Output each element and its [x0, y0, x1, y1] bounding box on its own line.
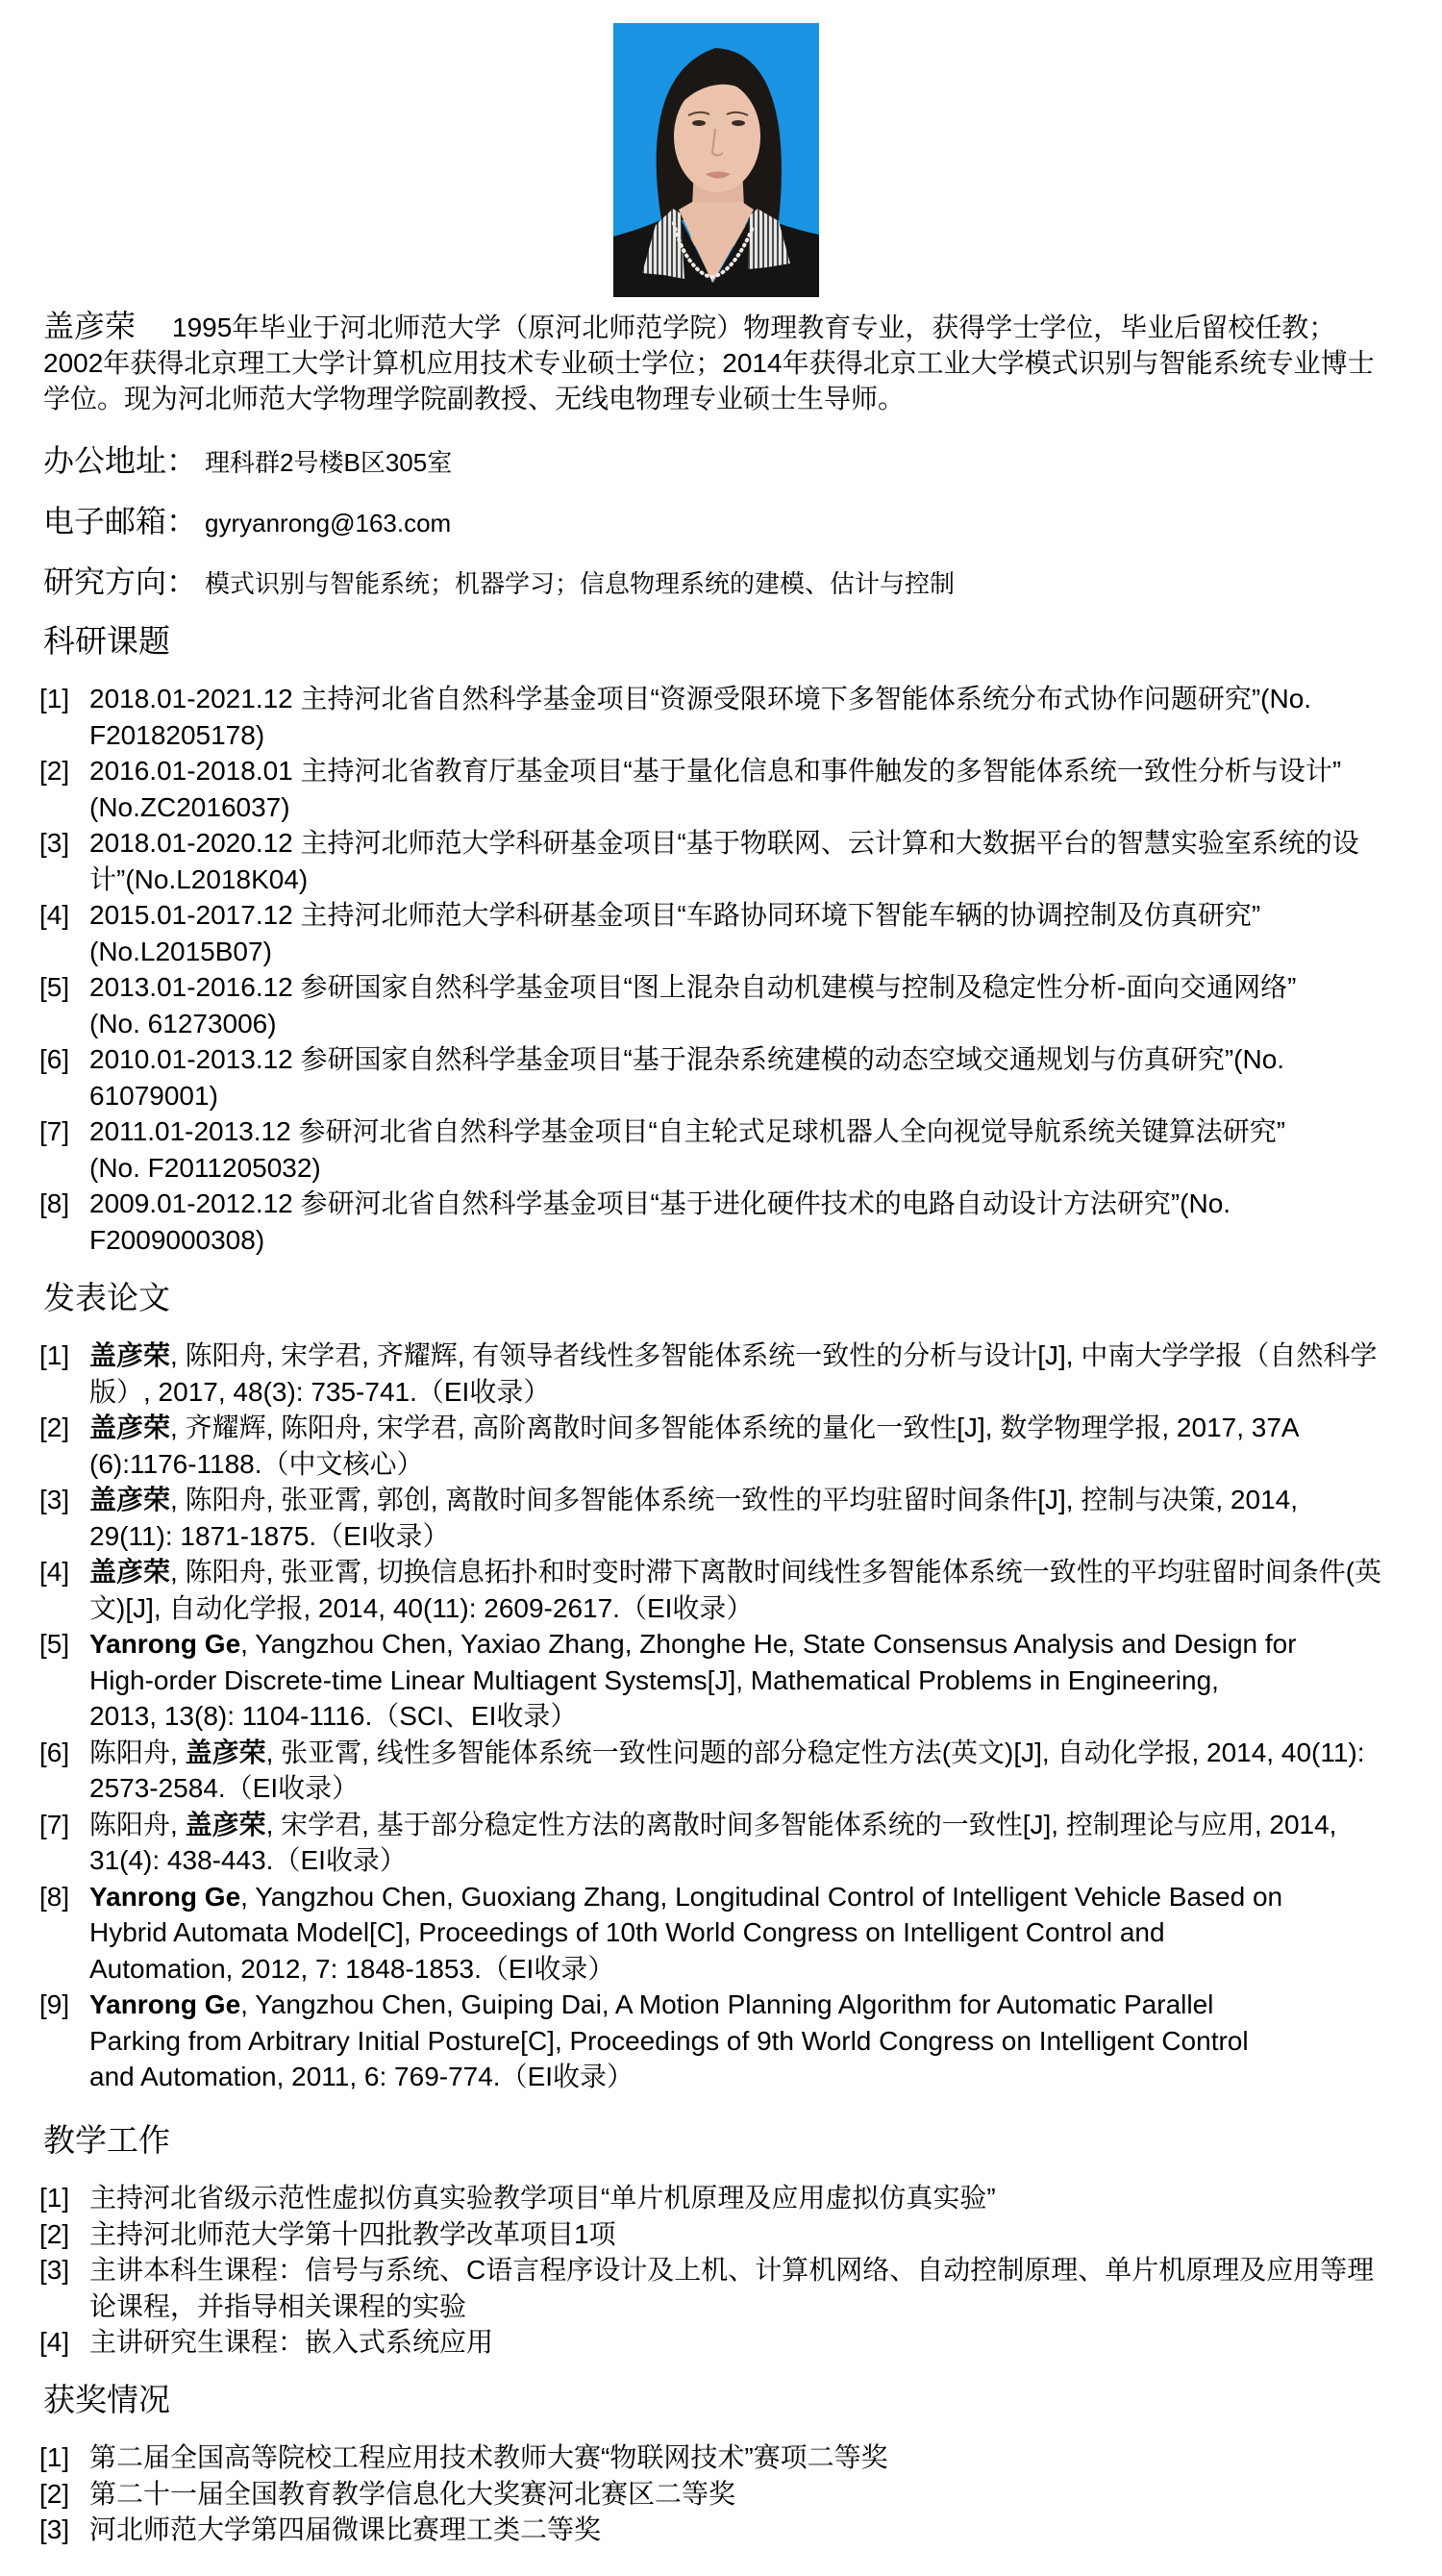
highlighted-author: 盖彦荣 [186, 1810, 266, 1839]
highlighted-author: Yanrong Ge [89, 1882, 240, 1912]
item-text-line: F2009000308) [89, 1222, 1442, 1259]
research-interests-row: 研究方向：模式识别与智能系统；机器学习；信息物理系统的建模、估计与控制 [43, 552, 1428, 613]
award-item: [3] 河北师范大学第四届微课比赛理工类二等奖 [0, 2512, 1442, 2548]
item-text-line: (No. F2011205032) [89, 1150, 1442, 1187]
research-project-item: [6] 2010.01-2013.12 参研国家自然科学基金项目“基于混杂系统建… [0, 1041, 1442, 1113]
citation-first-line: 陈阳舟, 盖彦荣, 张亚霄, 线性多智能体系统一致性问题的部分稳定性方法(英文)… [89, 1735, 1442, 1771]
citation-line: 文)[J], 自动化学报, 2014, 40(11): 2609-2617.（E… [89, 1590, 1442, 1627]
preceding-authors: 陈阳舟, [89, 1738, 186, 1767]
publication-item: [8] Yanrong Ge, Yangzhou Chen, Guoxiang … [0, 1879, 1442, 1988]
publication-item: [2] 盖彦荣, 齐耀辉, 陈阳舟, 宋学君, 高阶离散时间多智能体系统的量化一… [0, 1410, 1442, 1482]
award-item: [1] 第二届全国高等院校工程应用技术教师大赛“物联网技术”赛项二等奖 [0, 2439, 1442, 2476]
item-text-line: 计”(No.L2018K04) [89, 862, 1442, 898]
item-text-line: F2018205178) [89, 717, 1442, 754]
intro-line: 2002年获得北京理工大学计算机应用技术专业硕士学位；2014年获得北京工业大学… [43, 345, 1428, 382]
item-number: [1] [39, 1338, 69, 1374]
citation-text: , 齐耀辉, 陈阳舟, 宋学君, 高阶离散时间多智能体系统的量化一致性[J], … [170, 1413, 1300, 1442]
section-heading: 教学工作 [0, 2119, 1442, 2162]
citation-line: Hybrid Automata Model[C], Proceedings of… [89, 1914, 1442, 1951]
profile-page: 盖彦荣1995年毕业于河北师范大学（原河北师范学院）物理教育专业，获得学士学位，… [0, 0, 1442, 2576]
item-text-line: 2013.01-2016.12 参研国家自然科学基金项目“图上混杂自动机建模与控… [89, 969, 1442, 1006]
publication-item: [1] 盖彦荣, 陈阳舟, 宋学君, 齐耀辉, 有领导者线性多智能体系统一致性的… [0, 1338, 1442, 1410]
citation-line: Parking from Arbitrary Initial Posture[C… [89, 2023, 1442, 2060]
intro-section: 盖彦荣1995年毕业于河北师范大学（原河北师范学院）物理教育专业，获得学士学位，… [43, 309, 1428, 417]
awards-list: [1] 第二届全国高等院校工程应用技术教师大赛“物联网技术”赛项二等奖 [2] … [0, 2439, 1442, 2548]
research-project-item: [8] 2009.01-2012.12 参研河北省自然科学基金项目“基于进化硬件… [0, 1186, 1442, 1258]
citation-first-line: 盖彦荣, 陈阳舟, 宋学君, 齐耀辉, 有领导者线性多智能体系统一致性的分析与设… [89, 1338, 1442, 1374]
section-heading: 科研课题 [0, 620, 1442, 663]
research-project-item: [4] 2015.01-2017.12 主持河北师范大学科研基金项目“车路协同环… [0, 897, 1442, 969]
citation-line: 31(4): 438-443.（EI收录） [89, 1842, 1442, 1879]
research-project-item: [2] 2016.01-2018.01 主持河北省教育厅基金项目“基于量化信息和… [0, 753, 1442, 825]
citation-first-line: 盖彦荣, 陈阳舟, 张亚霄, 切换信息拓扑和时变时滞下离散时间线性多智能体系统一… [89, 1554, 1442, 1590]
item-text-line: 第二届全国高等院校工程应用技术教师大赛“物联网技术”赛项二等奖 [89, 2439, 1442, 2476]
research-interests-value: 模式识别与智能系统；机器学习；信息物理系统的建模、估计与控制 [205, 569, 955, 598]
citation-text: , Yangzhou Chen, Guiping Dai, A Motion P… [240, 1989, 1213, 2019]
highlighted-author: 盖彦荣 [89, 1485, 170, 1514]
item-number: [3] [39, 2512, 69, 2548]
item-text-line: 论课程，并指导相关课程的实验 [89, 2288, 1442, 2325]
publication-item: [3] 盖彦荣, 陈阳舟, 张亚霄, 郭创, 离散时间多智能体系统一致性的平均驻… [0, 1482, 1442, 1554]
citation-text: , 陈阳舟, 宋学君, 齐耀辉, 有领导者线性多智能体系统一致性的分析与设计[J… [170, 1340, 1377, 1370]
teaching-item: [3] 主讲本科生课程：信号与系统、C语言程序设计及上机、计算机网络、自动控制原… [0, 2252, 1442, 2324]
publication-item: [9] Yanrong Ge, Yangzhou Chen, Guiping D… [0, 1987, 1442, 2095]
teaching-item: [4] 主讲研究生课程：嵌入式系统应用 [0, 2324, 1442, 2361]
item-number: [2] [39, 2476, 69, 2513]
citation-text: , 张亚霄, 线性多智能体系统一致性问题的部分稳定性方法(英文)[J], 自动化… [266, 1738, 1365, 1767]
citation-text: , 陈阳舟, 张亚霄, 郭创, 离散时间多智能体系统一致性的平均驻留时间条件[J… [170, 1485, 1298, 1514]
teaching-item: [2] 主持河北师范大学第十四批教学改革项目1项 [0, 2216, 1442, 2253]
item-number: [5] [39, 969, 69, 1006]
citation-line: 版）, 2017, 48(3): 735-741.（EI收录） [89, 1374, 1442, 1411]
item-text-line: 河北师范大学第四届微课比赛理工类二等奖 [89, 2512, 1442, 2548]
citation-text: , 宋学君, 基于部分稳定性方法的离散时间多智能体系统的一致性[J], 控制理论… [266, 1810, 1337, 1839]
item-text-line: 61079001) [89, 1078, 1442, 1114]
highlighted-author: 盖彦荣 [186, 1738, 266, 1767]
highlighted-author: Yanrong Ge [89, 1629, 240, 1659]
citation-line: 29(11): 1871-1875.（EI收录） [89, 1518, 1442, 1555]
intro-text: 1995年毕业于河北师范大学（原河北师范学院）物理教育专业，获得学士学位，毕业后… [172, 313, 1335, 342]
publication-item: [7] 陈阳舟, 盖彦荣, 宋学君, 基于部分稳定性方法的离散时间多智能体系统的… [0, 1807, 1442, 1879]
person-name: 盖彦荣 [43, 309, 136, 343]
research-project-item: [1] 2018.01-2021.12 主持河北省自然科学基金项目“资源受限环境… [0, 681, 1442, 753]
research-project-list: [1] 2018.01-2021.12 主持河北省自然科学基金项目“资源受限环境… [0, 681, 1442, 1258]
research-project-item: [7] 2011.01-2013.12 参研河北省自然科学基金项目“自主轮式足球… [0, 1113, 1442, 1186]
highlighted-author: 盖彦荣 [89, 1557, 170, 1587]
teaching-item: [1] 主持河北省级示范性虚拟仿真实验教学项目“单片机原理及应用虚拟仿真实验” [0, 2180, 1442, 2216]
item-number: [8] [39, 1186, 69, 1222]
teaching-list: [1] 主持河北省级示范性虚拟仿真实验教学项目“单片机原理及应用虚拟仿真实验” … [0, 2180, 1442, 2361]
item-number: [4] [39, 1554, 69, 1590]
portrait-photo [613, 23, 819, 297]
item-number: [1] [39, 681, 69, 717]
highlighted-author: 盖彦荣 [89, 1340, 170, 1370]
item-number: [1] [39, 2439, 69, 2476]
item-text-line: 主持河北省级示范性虚拟仿真实验教学项目“单片机原理及应用虚拟仿真实验” [89, 2180, 1442, 2216]
preceding-authors: 陈阳舟, [89, 1810, 186, 1839]
citation-line: High-order Discrete-time Linear Multiage… [89, 1663, 1442, 1699]
item-number: [6] [39, 1041, 69, 1078]
citation-first-line: Yanrong Ge, Yangzhou Chen, Yaxiao Zhang,… [89, 1626, 1442, 1663]
publication-item: [6] 陈阳舟, 盖彦荣, 张亚霄, 线性多智能体系统一致性问题的部分稳定性方法… [0, 1735, 1442, 1807]
research-interests-label: 研究方向： [43, 564, 197, 599]
citation-line: 2013, 13(8): 1104-1116.（SCI、EI收录） [89, 1698, 1442, 1735]
portrait-image [613, 23, 819, 297]
item-text-line: 2011.01-2013.12 参研河北省自然科学基金项目“自主轮式足球机器人全… [89, 1113, 1442, 1150]
item-number: [2] [39, 753, 69, 789]
item-text-line: 2015.01-2017.12 主持河北师范大学科研基金项目“车路协同环境下智能… [89, 897, 1442, 934]
citation-line: 2573-2584.（EI收录） [89, 1770, 1442, 1807]
item-text-line: (No.ZC2016037) [89, 789, 1442, 826]
item-text-line: 主讲本科生课程：信号与系统、C语言程序设计及上机、计算机网络、自动控制原理、单片… [89, 2252, 1442, 2288]
publications-section: 发表论文 [1] 盖彦荣, 陈阳舟, 宋学君, 齐耀辉, 有领导者线性多智能体系… [0, 1277, 1442, 2095]
item-number: [8] [39, 1879, 69, 1915]
citation-first-line: 盖彦荣, 齐耀辉, 陈阳舟, 宋学君, 高阶离散时间多智能体系统的量化一致性[J… [89, 1410, 1442, 1446]
publication-list: [1] 盖彦荣, 陈阳舟, 宋学君, 齐耀辉, 有领导者线性多智能体系统一致性的… [0, 1338, 1442, 2095]
item-number: [1] [39, 2180, 69, 2216]
email-row: 电子邮箱：gyryanrong@163.com [43, 491, 1428, 552]
item-number: [7] [39, 1807, 69, 1843]
item-number: [3] [39, 825, 69, 862]
item-text-line: (No. 61273006) [89, 1006, 1442, 1042]
item-text-line: 2009.01-2012.12 参研河北省自然科学基金项目“基于进化硬件技术的电… [89, 1186, 1442, 1222]
section-heading: 获奖情况 [0, 2379, 1442, 2421]
item-number: [6] [39, 1735, 69, 1771]
citation-first-line: Yanrong Ge, Yangzhou Chen, Guoxiang Zhan… [89, 1879, 1442, 1915]
item-number: [5] [39, 1626, 69, 1663]
research-project-item: [5] 2013.01-2016.12 参研国家自然科学基金项目“图上混杂自动机… [0, 969, 1442, 1041]
citation-first-line: 陈阳舟, 盖彦荣, 宋学君, 基于部分稳定性方法的离散时间多智能体系统的一致性[… [89, 1807, 1442, 1843]
publication-item: [5] Yanrong Ge, Yangzhou Chen, Yaxiao Zh… [0, 1626, 1442, 1735]
section-heading: 发表论文 [0, 1277, 1442, 1319]
item-text-line: 2010.01-2013.12 参研国家自然科学基金项目“基于混杂系统建模的动态… [89, 1041, 1442, 1078]
item-text-line: 主持河北师范大学第十四批教学改革项目1项 [89, 2216, 1442, 2253]
award-item: [2] 第二十一届全国教育教学信息化大奖赛河北赛区二等奖 [0, 2476, 1442, 2513]
highlighted-author: 盖彦荣 [89, 1413, 170, 1442]
teaching-section: 教学工作 [1] 主持河北省级示范性虚拟仿真实验教学项目“单片机原理及应用虚拟仿… [0, 2119, 1442, 2361]
office-address-label: 办公地址： [43, 443, 197, 478]
citation-first-line: Yanrong Ge, Yangzhou Chen, Guiping Dai, … [89, 1987, 1442, 2023]
contact-section: 办公地址：理科群2号楼B区305室 电子邮箱：gyryanrong@163.co… [43, 431, 1428, 613]
citation-line: Automation, 2012, 7: 1848-1853.（EI收录） [89, 1951, 1442, 1988]
research-projects-section: 科研课题 [1] 2018.01-2021.12 主持河北省自然科学基金项目“资… [0, 620, 1442, 1258]
item-number: [3] [39, 1482, 69, 1518]
citation-text: , Yangzhou Chen, Guoxiang Zhang, Longitu… [240, 1882, 1282, 1912]
citation-first-line: 盖彦荣, 陈阳舟, 张亚霄, 郭创, 离散时间多智能体系统一致性的平均驻留时间条… [89, 1482, 1442, 1518]
office-address-row: 办公地址：理科群2号楼B区305室 [43, 431, 1428, 491]
highlighted-author: Yanrong Ge [89, 1989, 240, 2019]
item-text-line: 第二十一届全国教育教学信息化大奖赛河北赛区二等奖 [89, 2476, 1442, 2513]
intro-line: 学位。现为河北师范大学物理学院副教授、无线电物理专业硕士生导师。 [43, 381, 1428, 417]
citation-line: and Automation, 2011, 6: 769-774.（EI收录） [89, 2059, 1442, 2095]
item-text-line: 2018.01-2020.12 主持河北师范大学科研基金项目“基于物联网、云计算… [89, 825, 1442, 862]
item-number: [4] [39, 897, 69, 934]
email-label: 电子邮箱： [43, 504, 197, 538]
item-text-line: 主讲研究生课程：嵌入式系统应用 [89, 2324, 1442, 2361]
item-number: [3] [39, 2252, 69, 2288]
item-number: [4] [39, 2324, 69, 2361]
item-number: [2] [39, 1410, 69, 1446]
item-number: [9] [39, 1987, 69, 2023]
research-project-item: [3] 2018.01-2020.12 主持河北师范大学科研基金项目“基于物联网… [0, 825, 1442, 897]
intro-line: 盖彦荣1995年毕业于河北师范大学（原河北师范学院）物理教育专业，获得学士学位，… [43, 309, 1428, 345]
citation-text: , 陈阳舟, 张亚霄, 切换信息拓扑和时变时滞下离散时间线性多智能体系统一致性的… [170, 1557, 1381, 1587]
citation-text: , Yangzhou Chen, Yaxiao Zhang, Zhonghe H… [240, 1629, 1296, 1659]
office-address-value: 理科群2号楼B区305室 [205, 448, 452, 477]
publication-item: [4] 盖彦荣, 陈阳舟, 张亚霄, 切换信息拓扑和时变时滞下离散时间线性多智能… [0, 1554, 1442, 1626]
awards-section: 获奖情况 [1] 第二届全国高等院校工程应用技术教师大赛“物联网技术”赛项二等奖… [0, 2379, 1442, 2548]
item-text-line: (No.L2015B07) [89, 934, 1442, 970]
item-text-line: 2018.01-2021.12 主持河北省自然科学基金项目“资源受限环境下多智能… [89, 681, 1442, 717]
item-number: [2] [39, 2216, 69, 2253]
citation-line: (6):1176-1188.（中文核心） [89, 1446, 1442, 1483]
email-value: gyryanrong@163.com [205, 509, 451, 538]
item-number: [7] [39, 1113, 69, 1150]
item-text-line: 2016.01-2018.01 主持河北省教育厅基金项目“基于量化信息和事件触发… [89, 753, 1442, 789]
